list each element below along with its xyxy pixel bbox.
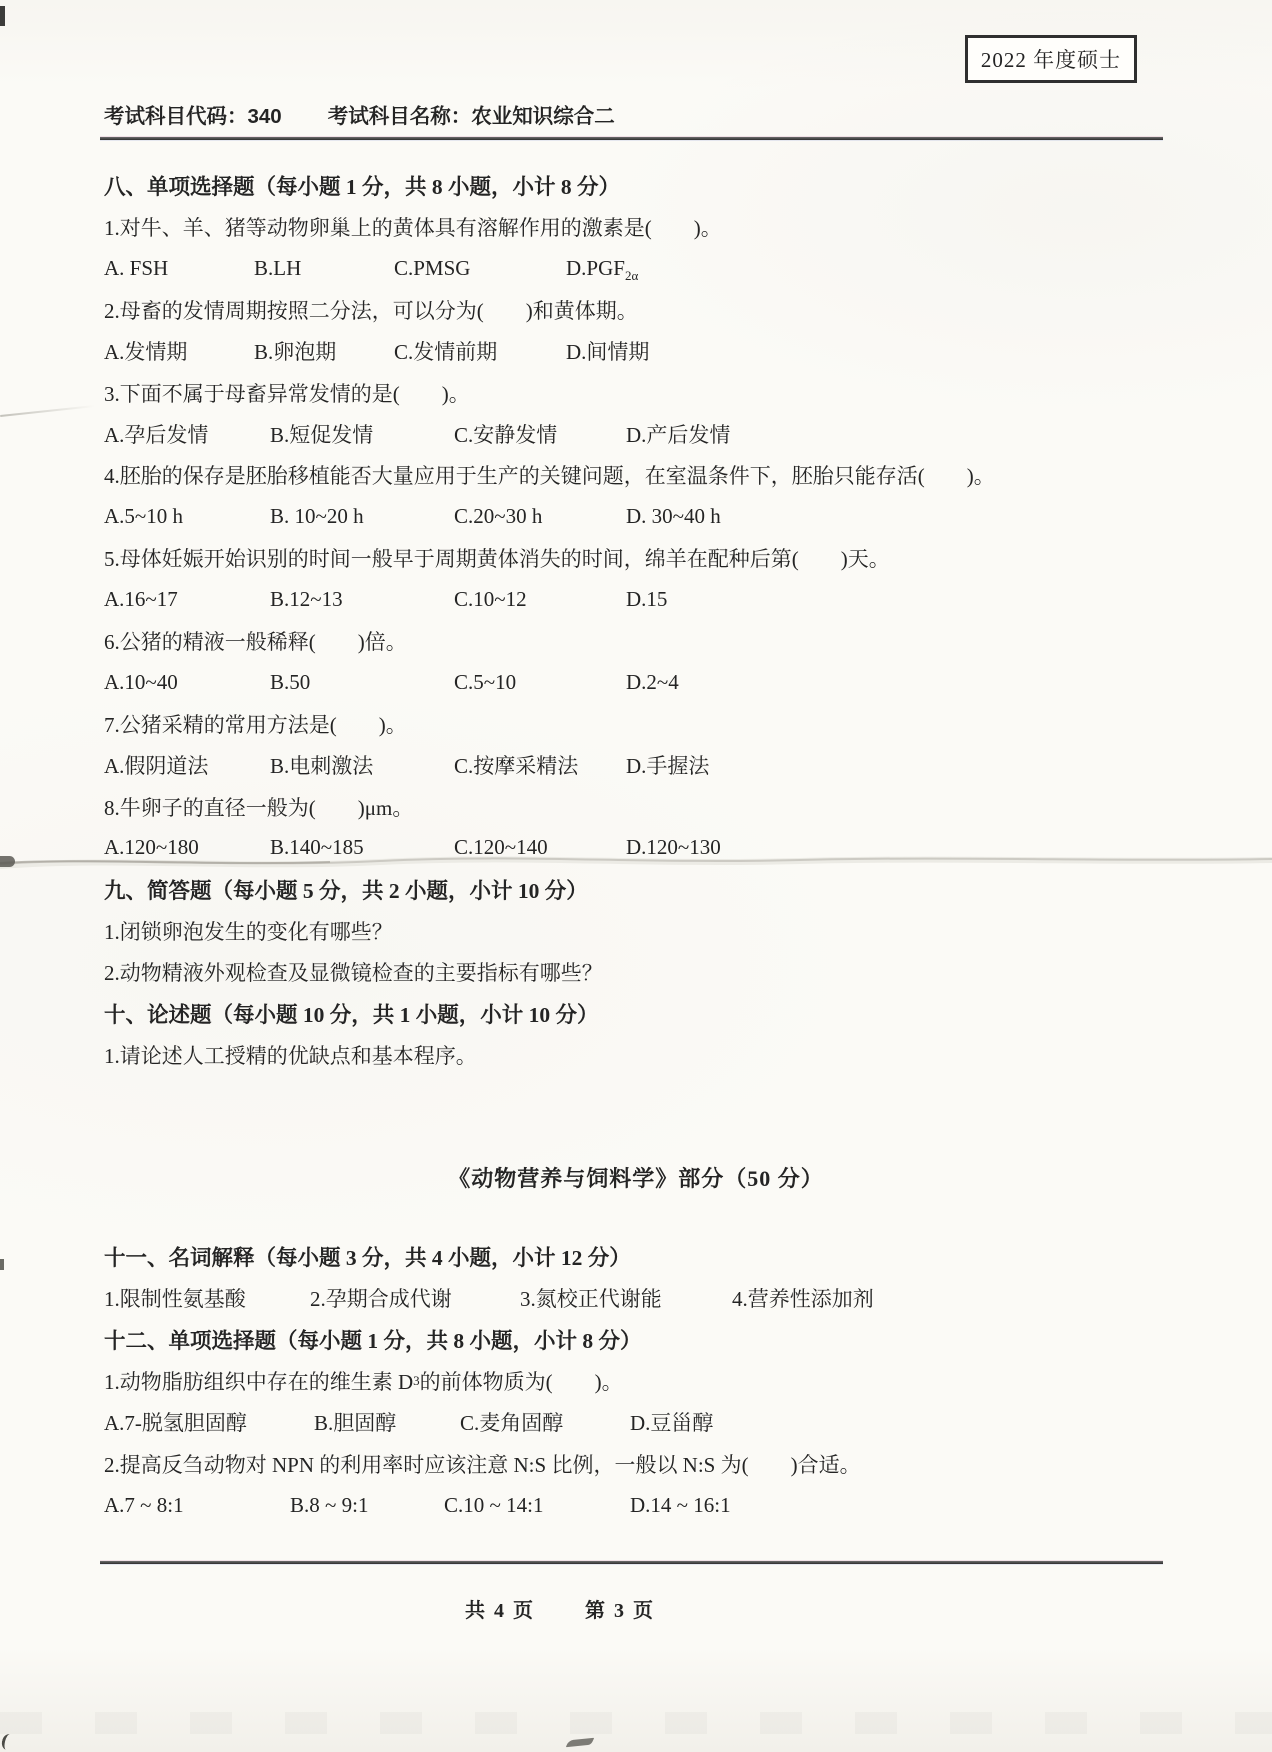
scan-speck-bottom-left: [0, 1733, 16, 1751]
s8-q4-option-c: C.20~30 h: [454, 504, 626, 529]
footer-divider: [100, 1561, 1163, 1564]
s8-q1-text: 1.对牛、羊、猪等动物卵巢上的黄体具有溶解作用的激素是( )。: [104, 206, 1166, 247]
exam-body-upper: 八、单项选择题（每小题 1 分，共 8 小题，小计 8 分） 1.对牛、羊、猪等…: [104, 165, 1166, 1076]
scan-smudge-band: [0, 1712, 1272, 1734]
year-badge: 2022 年度硕士: [965, 35, 1137, 83]
s8-q2-text: 2.母畜的发情周期按照二分法，可以分为( )和黄体期。: [104, 289, 1166, 330]
header-divider: [100, 137, 1163, 140]
s8-q4-text: 4.胚胎的保存是胚胎移植能否大量应用于生产的关键问题，在室温条件下，胚胎只能存活…: [104, 455, 1166, 496]
footer-current-page: 第 3 页: [585, 1594, 655, 1623]
s8-q1-option-d-base: D.PGF: [566, 256, 625, 280]
s8-q1-option-d-subscript: 2α: [625, 268, 638, 283]
s8-q7-option-d: D.手握法: [626, 750, 1166, 780]
s8-q8-options: A.120~180 B.140~185 C.120~140 D.120~130: [104, 827, 1166, 868]
footer-total-pages: 共 4 页: [465, 1594, 535, 1623]
s8-q7-option-c: C.按摩采精法: [454, 750, 626, 780]
s8-q7-options: A.假阴道法 B.电刺激法 C.按摩采精法 D.手握法: [104, 744, 1166, 785]
section8-title: 八、单项选择题（每小题 1 分，共 8 小题，小计 8 分）: [104, 165, 1166, 206]
page-footer: 共 4 页 第 3 页: [465, 1594, 655, 1623]
s12-q1-option-b: B.胆固醇: [314, 1407, 460, 1437]
subject-code-label: 考试科目代码：340: [104, 99, 282, 129]
s8-q8-option-c: C.120~140: [454, 835, 626, 860]
s8-q7-option-a: A.假阴道法: [104, 750, 270, 780]
s8-q3-options: A.孕后发情 B.短促发情 C.安静发情 D.产后发情: [104, 413, 1166, 454]
s8-q2-option-c: C.发情前期: [394, 336, 566, 366]
s8-q7-option-b: B.电刺激法: [270, 750, 454, 780]
s8-q6-option-b: B.50: [270, 670, 454, 695]
s12-q1-option-c: C.麦角固醇: [460, 1407, 630, 1437]
s8-q8-text: 8.牛卵子的直径一般为( )μm。: [104, 786, 1166, 827]
s8-q8-option-b: B.140~185: [270, 835, 454, 860]
section12-title: 十二、单项选择题（每小题 1 分，共 8 小题，小计 8 分）: [104, 1319, 1166, 1360]
s11-term-2: 2.孕期合成代谢: [310, 1283, 520, 1313]
s8-q7-text: 7.公猪采精的常用方法是( )。: [104, 703, 1166, 744]
s8-q3-option-b: B.短促发情: [270, 419, 454, 449]
s8-q3-text: 3.下面不属于母畜异常发情的是( )。: [104, 372, 1166, 413]
s8-q5-option-a: A.16~17: [104, 587, 270, 612]
paper-wrinkle-artifact: [0, 405, 95, 417]
s8-q6-text: 6.公猪的精液一般稀释( )倍。: [104, 620, 1166, 661]
s8-q5-text: 5.母体妊娠开始识别的时间一般早于周期黄体消失的时间，绵羊在配种后第( )天。: [104, 538, 1166, 579]
s8-q2-options: A.发情期 B.卵泡期 C.发情前期 D.间情期: [104, 331, 1166, 372]
s8-q5-options: A.16~17 B.12~13 C.10~12 D.15: [104, 579, 1166, 620]
s8-q6-options: A.10~40 B.50 C.5~10 D.2~4: [104, 662, 1166, 703]
s12-q1-text-base: 1.动物脂肪组织中存在的维生素 D: [104, 1366, 413, 1396]
s8-q6-option-c: C.5~10: [454, 670, 626, 695]
s12-q2-options: A.7 ~ 8:1 B.8 ~ 9:1 C.10 ~ 14:1 D.14 ~ 1…: [104, 1484, 1166, 1525]
s12-q1-options: A.7-脱氢胆固醇 B.胆固醇 C.麦角固醇 D.豆甾醇: [104, 1402, 1166, 1443]
s8-q4-option-b: B. 10~20 h: [270, 504, 454, 529]
s12-q1-option-d: D.豆甾醇: [630, 1407, 1166, 1437]
s9-item1: 1.闭锁卵泡发生的变化有哪些？: [104, 910, 1166, 951]
exam-body-lower: 十一、名词解释（每小题 3 分，共 4 小题，小计 12 分） 1.限制性氨基酸…: [104, 1236, 1166, 1526]
s8-q2-option-d: D.间情期: [566, 336, 1166, 366]
s8-q8-option-a: A.120~180: [104, 835, 270, 860]
s8-q1-option-c: C.PMSG: [394, 256, 566, 281]
crease-edge-mark: [0, 856, 15, 867]
s8-q3-option-c: C.安静发情: [454, 419, 626, 449]
s8-q3-option-a: A.孕后发情: [104, 419, 270, 449]
section10-title: 十、论述题（每小题 10 分，共 1 小题，小计 10 分）: [104, 993, 1166, 1034]
s12-q2-option-c: C.10 ~ 14:1: [444, 1493, 630, 1518]
section9-title: 九、简答题（每小题 5 分，共 2 小题，小计 10 分）: [104, 869, 1166, 910]
s8-q4-option-a: A.5~10 h: [104, 504, 270, 529]
s12-q1-text-rest: 的前体物质为( )。: [420, 1366, 623, 1396]
s12-q2-option-d: D.14 ~ 16:1: [630, 1493, 1166, 1518]
s11-term-4: 4.营养性添加剂: [732, 1283, 1166, 1313]
s8-q6-option-d: D.2~4: [626, 670, 1166, 695]
s8-q8-option-d: D.120~130: [626, 835, 1166, 860]
section11-title: 十一、名词解释（每小题 3 分，共 4 小题，小计 12 分）: [104, 1236, 1166, 1277]
part-heading-animal-nutrition: 《动物营养与饲料学》部分（50 分）: [0, 1162, 1272, 1193]
s12-q2-option-b: B.8 ~ 9:1: [290, 1493, 444, 1518]
s8-q1-options: A. FSH B.LH C.PMSG D.PGF2α: [104, 248, 1166, 289]
subject-meta-row: 考试科目代码：340 考试科目名称：农业知识综合二: [104, 99, 615, 129]
s12-q1-text: 1.动物脂肪组织中存在的维生素 D3 的前体物质为( )。: [104, 1360, 1166, 1401]
s9-item2: 2.动物精液外观检查及显微镜检查的主要指标有哪些？: [104, 951, 1166, 992]
scan-speck-top-left: [0, 6, 5, 26]
s12-q1-option-a: A.7-脱氢胆固醇: [104, 1407, 314, 1437]
s8-q5-option-b: B.12~13: [270, 587, 454, 612]
s12-q2-text: 2.提高反刍动物对 NPN 的利用率时应该注意 N:S 比例，一般以 N:S 为…: [104, 1443, 1166, 1484]
subject-name-label: 考试科目名称：农业知识综合二: [328, 99, 615, 129]
s11-terms-row: 1.限制性氨基酸 2.孕期合成代谢 3.氮校正代谢能 4.营养性添加剂: [104, 1277, 1166, 1318]
s8-q4-options: A.5~10 h B. 10~20 h C.20~30 h D. 30~40 h: [104, 496, 1166, 537]
s8-q1-option-d: D.PGF2α: [566, 256, 1166, 281]
s8-q2-option-b: B.卵泡期: [254, 336, 394, 366]
s8-q1-option-a: A. FSH: [104, 256, 254, 281]
s11-term-3: 3.氮校正代谢能: [520, 1283, 732, 1313]
s8-q5-option-c: C.10~12: [454, 587, 626, 612]
s8-q4-option-d: D. 30~40 h: [626, 504, 1166, 529]
s8-q6-option-a: A.10~40: [104, 670, 270, 695]
scan-speck-left: [0, 1259, 4, 1270]
s10-item1: 1.请论述人工授精的优缺点和基本程序。: [104, 1034, 1166, 1075]
scanned-exam-page: 2022 年度硕士 考试科目代码：340 考试科目名称：农业知识综合二 八、单项…: [0, 0, 1272, 1752]
s8-q3-option-d: D.产后发情: [626, 419, 1166, 449]
s12-q2-option-a: A.7 ~ 8:1: [104, 1493, 290, 1518]
s8-q1-option-b: B.LH: [254, 256, 394, 281]
s8-q5-option-d: D.15: [626, 587, 1166, 612]
s11-term-1: 1.限制性氨基酸: [104, 1283, 310, 1313]
s8-q2-option-a: A.发情期: [104, 336, 254, 366]
scan-squiggle-bottom: [566, 1738, 595, 1747]
